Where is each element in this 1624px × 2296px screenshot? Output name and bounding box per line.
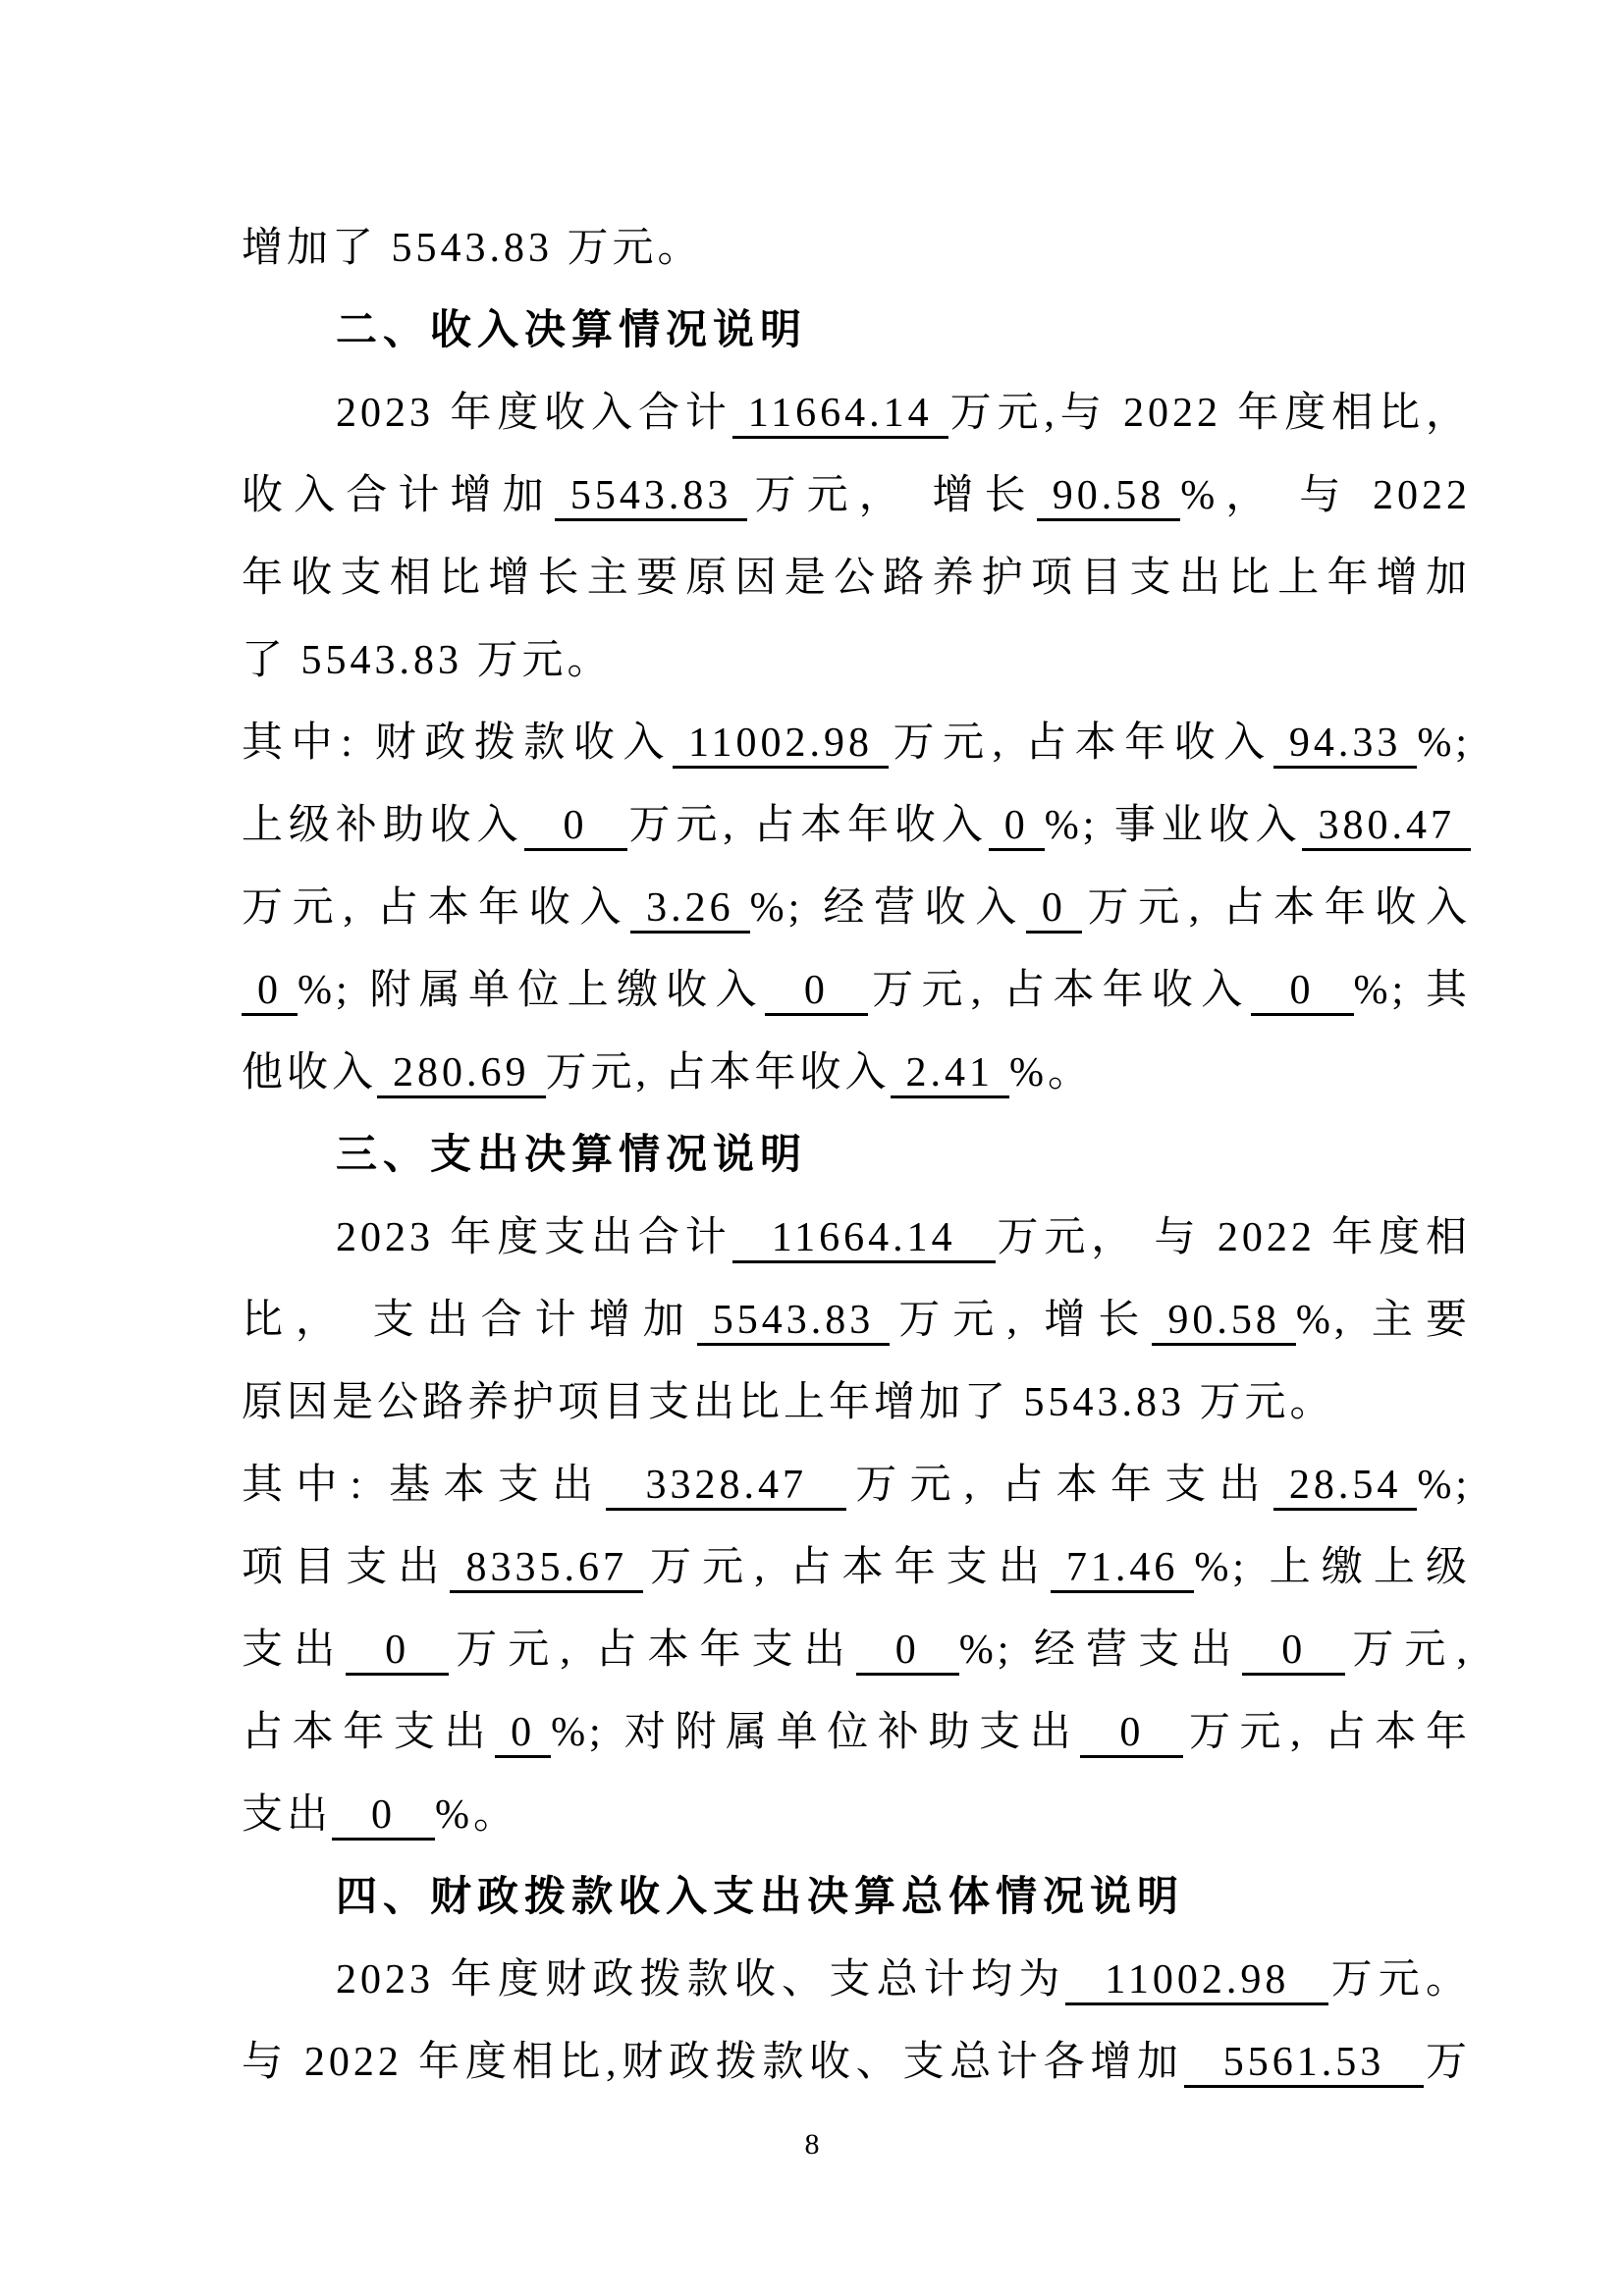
text-segment: 三、支出决算情况说明 [336, 1133, 807, 1178]
text-segment: 其中: 财政拨款收入 [242, 721, 673, 766]
text-segment: %。 [435, 1792, 518, 1838]
text-line: 占本年支出0%; 对附属单位补助支出0万元, 占本年 [242, 1691, 1471, 1774]
text-segment: 万元, 占本年收入 [1082, 885, 1471, 931]
text-line: 收入合计增加5543.83万元， 增长90.58%， 与 2022 [242, 454, 1471, 537]
text-segment: 年收支相比增长主要原因是公路养护项目支出比上年增加 [242, 556, 1471, 601]
text-segment: %; 对附属单位补助支出 [551, 1710, 1080, 1755]
underlined-value: 0 [989, 803, 1045, 851]
text-segment: 支出 [242, 1792, 332, 1838]
underlined-value: 0 [765, 968, 868, 1016]
text-segment: 了 5543.83 万元。 [242, 638, 613, 683]
text-segment: 与 2022 年度相比,财政拨款收、支总计各增加 [242, 2040, 1184, 2085]
text-line: 万元, 占本年收入3.26%; 经营收入0万元, 占本年收入 [242, 867, 1471, 949]
text-segment: 收入合计增加 [242, 473, 555, 518]
text-segment: 万元, [1345, 1628, 1471, 1673]
underlined-value: 5561.53 [1184, 2040, 1425, 2088]
text-segment: %; [1417, 721, 1471, 766]
text-block: 增加了 5543.83 万元。二、收入决算情况说明2023 年度收入合计1166… [242, 207, 1471, 2104]
text-line: 年收支相比增长主要原因是公路养护项目支出比上年增加 [242, 537, 1471, 619]
text-segment: 万元,与 2022 年度相比， [948, 391, 1471, 436]
text-segment: 增加了 5543.83 万元。 [242, 226, 703, 271]
text-segment: 万元, 占本年收入 [242, 885, 630, 931]
text-segment: %， 与 2022 [1180, 473, 1471, 518]
text-segment: %。 [1009, 1050, 1093, 1095]
text-line: 2023 年度收入合计11664.14万元,与 2022 年度相比， [242, 372, 1471, 454]
text-line: 上级补助收入0万元, 占本年收入0%; 事业收入380.47 [242, 784, 1471, 867]
underlined-value: 90.58 [1152, 1298, 1296, 1346]
text-line: 其中: 财政拨款收入11002.98万元, 占本年收入94.33%; [242, 702, 1471, 784]
underlined-value: 11664.14 [732, 1215, 996, 1263]
underlined-value: 0 [495, 1710, 551, 1758]
underlined-value: 5543.83 [555, 473, 748, 521]
text-segment: 项目支出 [242, 1545, 450, 1590]
text-segment: 其中: 基本支出 [242, 1463, 606, 1508]
underlined-value: 3328.47 [606, 1463, 846, 1511]
text-segment: 2023 年度财政拨款收、支总计均为 [336, 1957, 1065, 2002]
page-number: 8 [0, 2104, 1624, 2186]
underlined-value: 2.41 [891, 1050, 1010, 1098]
underlined-value: 0 [346, 1628, 449, 1676]
underlined-value: 5543.83 [697, 1298, 891, 1346]
underlined-value: 11002.98 [1065, 1957, 1328, 2005]
text-segment: 上级补助收入 [242, 803, 524, 848]
text-segment: %; [1417, 1463, 1471, 1508]
text-segment: %, 主要 [1296, 1298, 1471, 1343]
text-segment: 四、财政拨款收入支出决算总体情况说明 [336, 1875, 1184, 1920]
text-line: 原因是公路养护项目支出比上年增加了 5543.83 万元。 [242, 1362, 1471, 1444]
text-segment: 支出 [242, 1628, 346, 1673]
text-line: 比， 支出合计增加5543.83万元, 增长90.58%, 主要 [242, 1279, 1471, 1362]
text-segment: 万元, 占本年收入 [889, 721, 1273, 766]
underlined-value: 0 [1026, 885, 1082, 934]
text-segment: 二、收入决算情况说明 [336, 308, 807, 353]
text-segment: 万元, 占本年收入 [546, 1050, 891, 1095]
underlined-value: 71.46 [1051, 1545, 1195, 1593]
underlined-value: 0 [1080, 1710, 1183, 1758]
text-segment: 万元， 与 2022 年度相 [996, 1215, 1471, 1260]
text-segment: 万元， 增长 [747, 473, 1036, 518]
underlined-value: 28.54 [1273, 1463, 1418, 1511]
text-line: 2023 年度财政拨款收、支总计均为11002.98万元。 [242, 1939, 1471, 2021]
underlined-value: 0 [856, 1628, 959, 1676]
text-line: 项目支出8335.67万元, 占本年支出71.46%; 上缴上级 [242, 1526, 1471, 1609]
text-line: 支出0万元, 占本年支出0%; 经营支出0万元, [242, 1609, 1471, 1691]
text-segment: %; 经营支出 [959, 1628, 1243, 1673]
text-line: 增加了 5543.83 万元。 [242, 207, 1471, 290]
underlined-value: 0 [1251, 968, 1354, 1016]
document-page: 增加了 5543.83 万元。二、收入决算情况说明2023 年度收入合计1166… [0, 0, 1624, 2296]
text-line: 与 2022 年度相比,财政拨款收、支总计各增加5561.53万 [242, 2021, 1471, 2104]
underlined-value: 8335.67 [450, 1545, 643, 1593]
underlined-value: 11664.14 [732, 391, 948, 439]
text-segment: 原因是公路养护项目支出比上年增加了 5543.83 万元。 [242, 1380, 1335, 1425]
text-segment: %; 经营收入 [750, 885, 1026, 931]
text-line: 他收入280.69万元, 占本年收入2.41%。 [242, 1032, 1471, 1114]
underlined-value: 280.69 [377, 1050, 546, 1098]
text-segment: 万元, 占本年 [1183, 1710, 1471, 1755]
text-segment: 2023 年度支出合计 [336, 1215, 732, 1260]
text-segment: 他收入 [242, 1050, 377, 1095]
underlined-value: 0 [332, 1792, 435, 1841]
text-segment: 万元, 占本年支出 [643, 1545, 1051, 1590]
underlined-value: 90.58 [1037, 473, 1181, 521]
text-segment: %; 上缴上级 [1194, 1545, 1471, 1590]
text-line: 2023 年度支出合计11664.14万元， 与 2022 年度相 [242, 1197, 1471, 1279]
underlined-value: 94.33 [1273, 721, 1418, 769]
text-segment: 万 [1424, 2040, 1471, 2085]
underlined-value: 0 [1242, 1628, 1345, 1676]
text-segment: %; 附属单位上缴收入 [298, 968, 765, 1013]
text-segment: 万元, 占本年收入 [868, 968, 1251, 1013]
text-segment: %; 其 [1354, 968, 1471, 1013]
text-line: 了 5543.83 万元。 [242, 619, 1471, 702]
section-heading: 三、支出决算情况说明 [242, 1114, 1471, 1197]
text-line: 其中: 基本支出3328.47万元, 占本年支出28.54%; [242, 1444, 1471, 1526]
underlined-value: 380.47 [1302, 803, 1471, 851]
underlined-value: 11002.98 [673, 721, 889, 769]
text-segment: 万元, 占本年收入 [627, 803, 989, 848]
text-segment: 万元。 [1328, 1957, 1471, 2002]
section-heading: 二、收入决算情况说明 [242, 290, 1471, 372]
underlined-value: 3.26 [630, 885, 750, 934]
text-segment: 2023 年度收入合计 [336, 391, 732, 436]
text-segment: 万元, 占本年支出 [449, 1628, 856, 1673]
underlined-value: 0 [524, 803, 627, 851]
text-segment: 万元, 增长 [890, 1298, 1152, 1343]
text-segment: 占本年支出 [242, 1710, 495, 1755]
text-line: 支出0%。 [242, 1774, 1471, 1856]
underlined-value: 0 [242, 968, 298, 1016]
section-heading: 四、财政拨款收入支出决算总体情况说明 [242, 1856, 1471, 1939]
text-segment: %; 事业收入 [1045, 803, 1303, 848]
text-segment: 万元, 占本年支出 [846, 1463, 1273, 1508]
text-line: 0%; 附属单位上缴收入0万元, 占本年收入0%; 其 [242, 949, 1471, 1032]
text-segment: 比， 支出合计增加 [242, 1298, 697, 1343]
